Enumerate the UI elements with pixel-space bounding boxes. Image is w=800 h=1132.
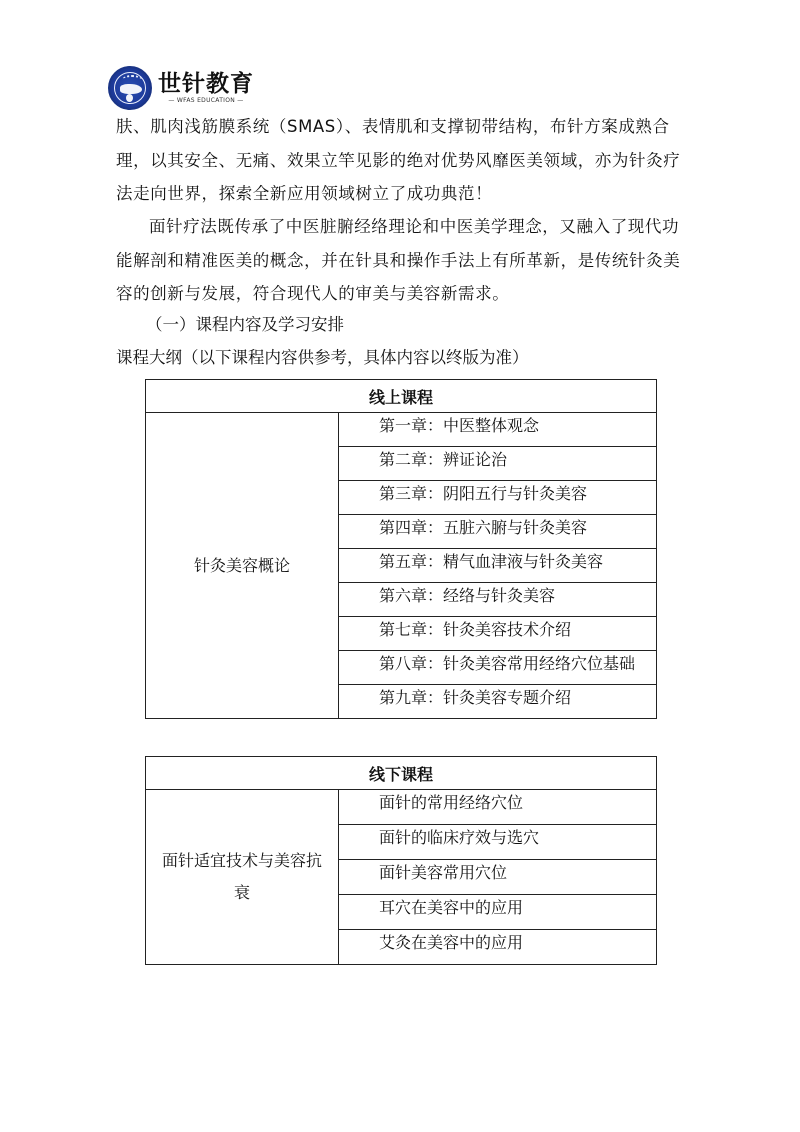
course-group: 针灸美容概论 — [146, 413, 339, 719]
topic-item: 面针的临床疗效与选穴 — [339, 825, 657, 860]
table-title: 线下课程 — [146, 757, 657, 790]
chapter-item: 第六章：经络与针灸美容 — [339, 583, 657, 617]
table-row: 针灸美容概论 第一章：中医整体观念 — [146, 413, 657, 447]
paragraph-facial-acupuncture: 面针疗法既传承了中医脏腑经络理论和中医美学理念，又融入了现代功能解剖和精准医美的… — [116, 210, 686, 311]
chapter-item: 第七章：针灸美容技术介绍 — [339, 617, 657, 651]
offline-course-table: 线下课程 面针适宜技术与美容抗衰 面针的常用经络穴位 面针的临床疗效与选穴 面针… — [145, 756, 657, 965]
chapter-item: 第八章：针灸美容常用经络穴位基础 — [339, 651, 657, 685]
table-header-row: 线上课程 — [146, 380, 657, 413]
topic-item: 面针的常用经络穴位 — [339, 790, 657, 825]
chapter-item: 第三章：阴阳五行与针灸美容 — [339, 481, 657, 515]
chapter-item: 第一章：中医整体观念 — [339, 413, 657, 447]
chapter-item: 第九章：针灸美容专题介绍 — [339, 685, 657, 719]
paragraph-intro-continued: 肤、肌肉浅筋膜系统（SMAS）、表情肌和支撑韧带结构，布针方案成熟合理，以其安全… — [116, 110, 686, 211]
chapter-item: 第四章：五脏六腑与针灸美容 — [339, 515, 657, 549]
topic-item: 耳穴在美容中的应用 — [339, 895, 657, 930]
chapter-item: 第二章：辨证论治 — [339, 447, 657, 481]
course-group: 面针适宜技术与美容抗衰 — [146, 790, 339, 965]
section-heading: （一）课程内容及学习安排 — [146, 311, 344, 335]
globe-emblem-icon — [108, 66, 152, 110]
brand-logo: 世针教育 — WFAS EDUCATION — — [108, 66, 254, 110]
topic-item: 艾灸在美容中的应用 — [339, 930, 657, 965]
online-course-table: 线上课程 针灸美容概论 第一章：中医整体观念 第二章：辨证论治 第三章：阴阳五行… — [145, 379, 657, 719]
table-header-row: 线下课程 — [146, 757, 657, 790]
outline-heading: 课程大纲（以下课程内容供参考，具体内容以终版为准） — [116, 344, 529, 368]
table-title: 线上课程 — [146, 380, 657, 413]
topic-item: 面针美容常用穴位 — [339, 860, 657, 895]
table-row: 面针适宜技术与美容抗衰 面针的常用经络穴位 — [146, 790, 657, 825]
chapter-item: 第五章：精气血津液与针灸美容 — [339, 549, 657, 583]
logo-subtitle: — WFAS EDUCATION — — [168, 97, 243, 105]
logo-text-block: 世针教育 — WFAS EDUCATION — — [158, 71, 254, 105]
logo-title: 世针教育 — [158, 71, 254, 97]
